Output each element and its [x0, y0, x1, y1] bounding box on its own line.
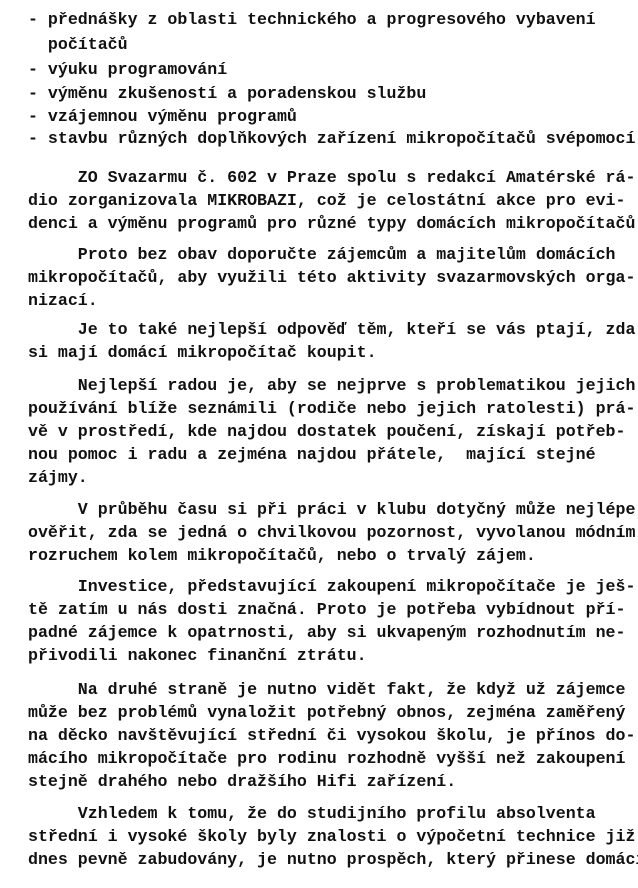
text-line: vě v prostředí, kde najdou dostatek pouč…	[28, 422, 625, 442]
text-line: denci a výměnu programů pro různé typy d…	[28, 214, 638, 234]
text-line: používání blíže seznámili (rodiče nebo j…	[28, 399, 635, 419]
text-line: stejně drahého nebo dražšího Hifi zaříze…	[28, 772, 456, 792]
text-line: přivodili nakonec finanční ztrátu.	[28, 646, 367, 666]
text-line: Na druhé straně je nutno vidět fakt, že …	[28, 680, 625, 700]
text-line: zájmy.	[28, 468, 88, 488]
text-line: Nejlepší radou je, aby se nejprve s prob…	[28, 376, 635, 396]
bullet-item-programming: - výuku programování	[28, 60, 227, 80]
text-line: Vzhledem k tomu, že do studijního profil…	[28, 804, 596, 824]
text-line: Proto bez obav doporučte zájemcům a maji…	[28, 245, 616, 265]
text-line: nou pomoc i radu a zejména najdou přátel…	[28, 445, 596, 465]
text-line: V průběhu času si při práci v klubu doty…	[28, 500, 635, 520]
text-line: si mají domácí mikropočítač koupit.	[28, 343, 377, 363]
text-line: může bez problémů vynaložit potřebný obn…	[28, 703, 625, 723]
text-line: dio zorganizovala MIKROBAZI, což je celo…	[28, 191, 625, 211]
text-line: ZO Svazarmu č. 602 v Praze spolu s redak…	[28, 168, 635, 188]
text-line: tě zatím u nás dosti značná. Proto je po…	[28, 600, 625, 620]
bullet-item-hardware: - stavbu různých doplňkových zařízení mi…	[28, 129, 635, 149]
text-line: střední i vysoké školy byly znalosti o v…	[28, 827, 635, 847]
text-line: ověřit, zda se jedná o chvilkovou pozorn…	[28, 523, 635, 543]
text-line: Je to také nejlepší odpověď těm, kteří s…	[28, 320, 635, 340]
bullet-item-experience: - výměnu zkušeností a poradenskou službu	[28, 84, 426, 104]
bullet-item-lectures: - přednášky z oblasti technického a prog…	[28, 10, 596, 30]
text-line: rozruchem kolem mikropočítačů, nebo o tr…	[28, 546, 536, 566]
text-line: mácího mikropočítače pro rodinu rozhodně…	[28, 749, 625, 769]
text-line: dnes pevně zabudovány, je nutno prospěch…	[28, 850, 638, 870]
typewritten-page: - přednášky z oblasti technického a prog…	[0, 0, 638, 888]
bullet-item-program-exchange: - vzájemnou výměnu programů	[28, 107, 297, 127]
text-line: padné zájemce k opatrnosti, aby si ukvap…	[28, 623, 625, 643]
text-line: nizací.	[28, 291, 98, 311]
text-line: mikropočítačů, aby využili této aktivity…	[28, 268, 635, 288]
bullet-item-lectures-cont: počítačů	[28, 35, 128, 55]
text-line: na děcko navštěvující střední či vysokou…	[28, 726, 635, 746]
text-line: Investice, představující zakoupení mikro…	[28, 577, 635, 597]
